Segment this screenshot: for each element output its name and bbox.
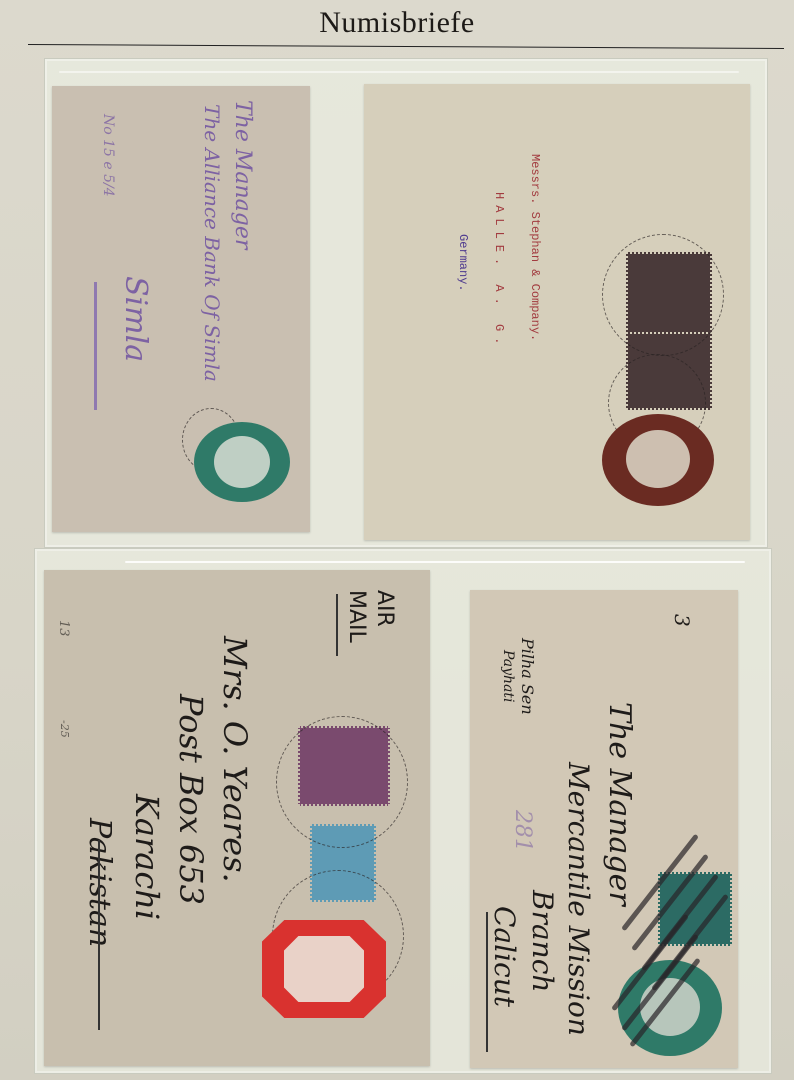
page-title: Numisbriefe (0, 6, 794, 40)
embossed-stamp (602, 414, 714, 506)
album-page: Numisbriefe The Manager The Alliance Ban… (0, 0, 794, 1080)
address-line: Karachi (128, 794, 166, 920)
pencil-note: -25 (58, 720, 71, 738)
cover-simla: The Manager The Alliance Bank Of Simla S… (52, 86, 310, 532)
airmail-label: AIR (372, 590, 397, 627)
pencil-note: 13 (56, 620, 71, 637)
pencil-note: 281 (510, 810, 535, 852)
side-note: Pilha Sen (518, 638, 537, 715)
barred-cancel (590, 840, 740, 1040)
typed-address: Messrs. Stephan & Company. (528, 154, 542, 341)
underline (94, 282, 97, 410)
pencil-note: No 15 e 5/4 (100, 114, 116, 197)
address-line: Post Box 653 (172, 694, 210, 905)
airmail-underline (336, 594, 338, 656)
airmail-label: MAIL (344, 590, 369, 643)
address-line: The Alliance Bank Of Simla (200, 104, 224, 382)
underline (98, 840, 100, 1030)
title-rule (28, 44, 784, 49)
underline (486, 912, 488, 1052)
cover-calicut: 3 The Manager Mercantile Mission Branch … (470, 590, 738, 1068)
address-line: The Manager (230, 100, 255, 249)
cover-karachi: AIR MAIL Mrs. O. Yeares. Post Box 653 Ka… (44, 570, 430, 1066)
address-line: Mrs. O. Yeares. (216, 636, 254, 883)
typed-country: Germany. (456, 234, 470, 292)
glare (125, 561, 745, 563)
address-line: Branch (526, 890, 559, 992)
address-line: Calicut (488, 906, 521, 1007)
cover-halle: Messrs. Stephan & Company. HALLE. A. G. … (364, 84, 750, 540)
pencil-note: 3 (670, 614, 694, 627)
typed-city: HALLE. A. G. (492, 192, 506, 350)
postmark-richmond-town (276, 716, 408, 848)
embossed-stamp (194, 422, 290, 502)
embossed-stamp-two-annas (262, 920, 386, 1018)
postmark (602, 234, 724, 356)
glare (59, 71, 739, 73)
address-line: Simla (118, 276, 153, 362)
side-note: Payhati (500, 650, 516, 703)
